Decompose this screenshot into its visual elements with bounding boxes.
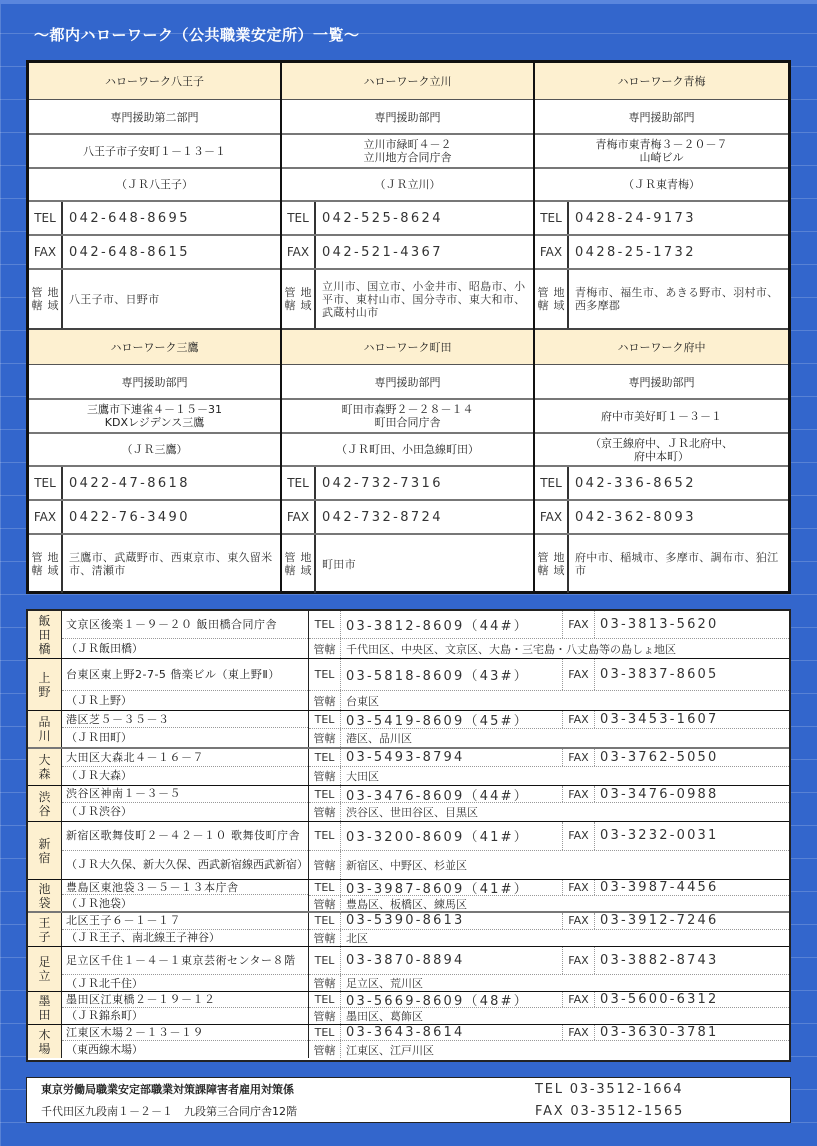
fax-label: FAX <box>563 659 595 690</box>
office-short-name: 木場 <box>28 1025 62 1058</box>
office-area: 渋谷区、世田谷区、目黒区 <box>341 803 789 821</box>
office-address-line: 三鷹市下連雀４－１５－31 <box>87 403 222 416</box>
office-name: ハローワーク町田 <box>282 328 533 365</box>
office-short-name: 王子 <box>28 913 62 946</box>
area-label: 管轄 <box>309 851 341 879</box>
area-label: 管轄 <box>309 729 341 747</box>
office-area: 足立区、荒川区 <box>341 975 789 991</box>
fax-label: FAX <box>29 501 63 533</box>
office-station: （ＪＲ王子、南北線王子神谷） <box>62 930 308 946</box>
office-station: （ＪＲ八王子） <box>29 169 280 202</box>
office-fax: 03-3882-8743 <box>595 947 789 974</box>
office-address-line: 町田市森野２－２８－１４ <box>342 403 474 416</box>
contact-footer: 東京労働局職業安定部職業対策課障害者雇用対策係 TEL 03-3512-1664… <box>26 1077 791 1123</box>
tel-label: TEL <box>535 202 569 234</box>
office-list-row: 池袋 豊島区東池袋３－５－１３本庁舎 （ＪＲ池袋） TEL 03-3987-86… <box>28 880 789 913</box>
fax-label: FAX <box>563 786 595 802</box>
office-address-line: 山崎ビル <box>640 151 684 164</box>
office-dept: 専門援助部門 <box>535 100 788 135</box>
tel-label: TEL <box>309 880 341 895</box>
office-station: （ＪＲ渋谷） <box>62 803 308 821</box>
area-label: 管轄地域 <box>535 270 569 328</box>
office-dept: 専門援助部門 <box>282 365 533 400</box>
tel-label: TEL <box>535 467 569 499</box>
office-fax: 0428-25-1732 <box>569 236 788 268</box>
office-station: （ＪＲ立川） <box>282 169 533 202</box>
office-fax-row: FAX 0428-25-1732 <box>535 236 788 270</box>
tel-label: TEL <box>309 659 341 690</box>
office-fax: 03-5600-6312 <box>595 992 789 1007</box>
office-contact: TEL 03-3987-8609（41#） FAX 03-3987-4456 管… <box>309 880 789 911</box>
office-address-line: 八王子市子安町１－１３－１ <box>83 145 226 158</box>
office-dept: 専門援助部門 <box>29 365 280 400</box>
office-station: （ＪＲ東青梅） <box>535 169 788 202</box>
office-area-row: 管轄地域 立川市、国立市、小金井市、昭島市、小平市、東村山市、国分寺市、東大和市… <box>282 270 533 328</box>
office-station-line: 府中本町） <box>634 450 689 463</box>
office-short-name: 大森 <box>28 749 62 785</box>
office-location: 墨田区江東橋２－１９－１２ （ＪＲ錦糸町） <box>62 992 309 1024</box>
office-tel[interactable]: 0428-24-9173 <box>569 202 788 234</box>
tel-label: TEL <box>309 749 341 766</box>
office-contact: TEL 03-5390-8613 FAX 03-3912-7246 管轄 北区 <box>309 913 789 946</box>
area-label: 管轄地域 <box>29 535 63 593</box>
office-address-line: 立川市緑町４－２ <box>364 138 452 151</box>
office-short-name: 足立 <box>28 947 62 991</box>
office-fax: 03-3762-5050 <box>595 749 789 766</box>
office-tel-row: TEL 0428-24-9173 <box>535 202 788 236</box>
tel-label: TEL <box>309 1025 341 1040</box>
office-tel[interactable]: 0422-47-8618 <box>63 467 280 499</box>
office-dept: 専門援助部門 <box>282 100 533 135</box>
office-address: 立川市緑町４－２立川地方合同庁舎 <box>282 135 533 169</box>
office-location: 渋谷区神南１－３－５ （ＪＲ渋谷） <box>62 786 309 821</box>
office-address-line: 立川地方合同庁舎 <box>364 151 452 164</box>
office-card: ハローワーク府中 専門援助部門 府中市美好町１－３－１ （京王線府中、ＪＲ北府中… <box>535 328 788 593</box>
office-tel[interactable]: 03-3643-8614 <box>341 1025 563 1040</box>
office-area-row: 管轄地域 町田市 <box>282 535 533 593</box>
tel-label: TEL <box>309 822 341 850</box>
office-card: ハローワーク立川 専門援助部門 立川市緑町４－２立川地方合同庁舎 （ＪＲ立川） … <box>282 63 535 328</box>
office-area: 大田区 <box>341 767 789 785</box>
fax-label: FAX <box>563 992 595 1007</box>
office-area: 港区、品川区 <box>341 729 789 747</box>
area-label: 管轄地域 <box>282 270 316 328</box>
fax-label: FAX <box>29 236 63 268</box>
fax-label: FAX <box>563 822 595 850</box>
fax-label: FAX <box>563 611 595 638</box>
fax-label: FAX <box>535 501 569 533</box>
area-label: 管轄 <box>309 691 341 710</box>
office-contact: TEL 03-5493-8794 FAX 03-3762-5050 管轄 大田区 <box>309 749 789 785</box>
area-label: 管轄地域 <box>535 535 569 593</box>
tel-label: TEL <box>29 202 63 234</box>
area-label: 管轄 <box>309 896 341 912</box>
office-station: （ＪＲ大森） <box>62 767 308 785</box>
office-area: 江東区、江戸川区 <box>341 1041 789 1058</box>
office-fax: 0422-76-3490 <box>63 501 280 533</box>
office-tel-row: TEL 042-336-8652 <box>535 467 788 501</box>
office-fax: 03-3453-1607 <box>595 711 789 728</box>
office-area: 豊島区、板橋区、練馬区 <box>341 896 789 912</box>
page-title: ～都内ハローワーク（公共職業安定所）一覧～ <box>34 24 360 45</box>
tel-label: TEL <box>309 947 341 974</box>
office-fax: 03-3987-4456 <box>595 880 789 895</box>
office-short-name: 渋谷 <box>28 786 62 821</box>
office-short-name: 墨田 <box>28 992 62 1024</box>
office-address: 江東区木場２－１３－１９ <box>62 1025 308 1041</box>
office-tel[interactable]: 03-3987-8609（41#） <box>341 880 563 895</box>
footer-org: 東京労働局職業安定部職業対策課障害者雇用対策係 <box>27 1081 535 1097</box>
office-station: （ＪＲ町田、小田急線町田） <box>282 434 533 467</box>
office-tel-row: TEL 0422-47-8618 <box>29 467 280 501</box>
office-address: 青梅市東青梅３－２０－７山崎ビル <box>535 135 788 169</box>
office-tel-row: TEL 042-732-7316 <box>282 467 533 501</box>
office-area: 台東区 <box>341 691 789 710</box>
office-area: 千代田区、中央区、文京区、大島・三宅島・八丈島等の島しょ地区 <box>341 639 789 658</box>
office-list-row: 飯田橋 文京区後楽１－９－２０ 飯田橋合同庁舎 （ＪＲ飯田橋） TEL 03-3… <box>28 611 789 659</box>
office-area-row: 管轄地域 三鷹市、武蔵野市、西東京市、東久留米市、清瀬市 <box>29 535 280 593</box>
office-contact: TEL 03-3476-8609（44#） FAX 03-3476-0988 管… <box>309 786 789 821</box>
office-address-line: KDXレジデンス三鷹 <box>105 416 204 429</box>
fax-label: FAX <box>563 880 595 895</box>
fax-label: FAX <box>563 711 595 728</box>
office-address: 町田市森野２－２８－１４町田合同庁舎 <box>282 400 533 434</box>
office-name: ハローワーク立川 <box>282 63 533 100</box>
office-tel[interactable]: 03-3476-8609（44#） <box>341 786 563 802</box>
office-card: ハローワーク町田 専門援助部門 町田市森野２－２８－１４町田合同庁舎 （ＪＲ町田… <box>282 328 535 593</box>
office-address: 大田区大森北４－１６－７ <box>62 749 308 767</box>
office-tel[interactable]: 042-336-8652 <box>569 467 788 499</box>
page-top-border <box>0 0 817 4</box>
office-address: 新宿区歌舞伎町２－４２－１０ 歌舞伎町庁舎 <box>62 822 308 851</box>
office-name: ハローワーク三鷹 <box>29 328 280 365</box>
office-list-row: 木場 江東区木場２－１３－１９ （東西線木場） TEL 03-3643-8614… <box>28 1025 789 1058</box>
office-area: 八王子市、日野市 <box>63 270 280 328</box>
office-station: （ＪＲ錦糸町） <box>62 1008 308 1024</box>
ward-office-list: 飯田橋 文京区後楽１－９－２０ 飯田橋合同庁舎 （ＪＲ飯田橋） TEL 03-3… <box>26 609 791 1062</box>
office-short-name: 品川 <box>28 711 62 747</box>
office-address: 台東区東上野2-7-5 偕楽ビル（東上野Ⅱ） <box>62 659 308 691</box>
office-address-line: 町田合同庁舎 <box>375 416 441 429</box>
office-station: （ＪＲ大久保、新大久保、西武新宿線西武新宿） <box>62 851 308 879</box>
office-short-name: 池袋 <box>28 880 62 911</box>
area-label: 管轄 <box>309 767 341 785</box>
office-address: 墨田区江東橋２－１９－１２ <box>62 992 308 1008</box>
fax-label: FAX <box>282 236 316 268</box>
office-area: 町田市 <box>316 535 533 593</box>
office-list-row: 上野 台東区東上野2-7-5 偕楽ビル（東上野Ⅱ） （ＪＲ上野） TEL 03-… <box>28 659 789 711</box>
office-station: （ＪＲ飯田橋） <box>62 639 308 658</box>
office-address: 足立区千住１－４－１東京芸術センター８階 <box>62 947 308 975</box>
footer-address: 千代田区九段南１－２－１ 九段第三合同庁舎12階 <box>27 1103 535 1119</box>
office-station: （ＪＲ池袋） <box>62 895 308 911</box>
area-label: 管轄地域 <box>29 270 63 328</box>
office-tel[interactable]: 03-5493-8794 <box>341 749 563 766</box>
office-tel[interactable]: 03-5390-8613 <box>341 913 563 929</box>
footer-tel: TEL 03-3512-1664 <box>535 1082 790 1097</box>
office-station-line: （ＪＲ立川） <box>375 178 441 191</box>
office-area: 府中市、稲城市、多摩市、調布市、狛江市 <box>569 535 788 593</box>
office-tel[interactable]: 03-3200-8609（41#） <box>341 822 563 850</box>
office-dept: 専門援助第二部門 <box>29 100 280 135</box>
office-fax: 042-648-8615 <box>63 236 280 268</box>
fax-label: FAX <box>535 236 569 268</box>
office-station-line: （京王線府中、ＪＲ北府中、 <box>590 437 733 450</box>
office-location: 大田区大森北４－１６－７ （ＪＲ大森） <box>62 749 309 785</box>
tel-label: TEL <box>282 202 316 234</box>
office-area-row: 管轄地域 青梅市、福生市、あきる野市、羽村市、西多摩郡 <box>535 270 788 328</box>
office-contact: TEL 03-5419-8609（45#） FAX 03-3453-1607 管… <box>309 711 789 747</box>
office-short-name: 上野 <box>28 659 62 710</box>
tel-label: TEL <box>309 711 341 728</box>
fax-label: FAX <box>563 749 595 766</box>
office-station-line: （ＪＲ東青梅） <box>623 178 700 191</box>
office-station-line: （ＪＲ八王子） <box>116 178 193 191</box>
office-short-name: 新宿 <box>28 822 62 879</box>
office-fax: 042-732-8724 <box>316 501 533 533</box>
tel-label: TEL <box>309 992 341 1007</box>
office-tel[interactable]: 03-5669-8609（48#） <box>341 992 563 1007</box>
office-tel[interactable]: 03-5818-8609（43#） <box>341 659 563 690</box>
fax-label: FAX <box>563 947 595 974</box>
tel-label: TEL <box>309 611 341 638</box>
tel-label: TEL <box>282 467 316 499</box>
office-area: 新宿区、中野区、杉並区 <box>341 851 789 879</box>
office-contact: TEL 03-5818-8609（43#） FAX 03-3837-8605 管… <box>309 659 789 710</box>
area-label: 管轄 <box>309 975 341 991</box>
office-fax: 03-3630-3781 <box>595 1025 789 1040</box>
office-address: 三鷹市下連雀４－１５－31KDXレジデンス三鷹 <box>29 400 280 434</box>
office-tel[interactable]: 03-3870-8894 <box>341 947 563 974</box>
office-location: 文京区後楽１－９－２０ 飯田橋合同庁舎 （ＪＲ飯田橋） <box>62 611 309 658</box>
office-address: 文京区後楽１－９－２０ 飯田橋合同庁舎 <box>62 611 308 639</box>
office-station: （ＪＲ上野） <box>62 691 308 710</box>
office-area-row: 管轄地域 八王子市、日野市 <box>29 270 280 328</box>
office-location: 台東区東上野2-7-5 偕楽ビル（東上野Ⅱ） （ＪＲ上野） <box>62 659 309 710</box>
office-area-row: 管轄地域 府中市、稲城市、多摩市、調布市、狛江市 <box>535 535 788 593</box>
tel-label: TEL <box>309 913 341 929</box>
office-area: 北区 <box>341 930 789 946</box>
office-fax: 042-521-4367 <box>316 236 533 268</box>
office-name: ハローワーク府中 <box>535 328 788 365</box>
office-tel[interactable]: 042-648-8695 <box>63 202 280 234</box>
office-address-line: 府中市美好町１－３－１ <box>601 410 722 423</box>
area-label: 管轄 <box>309 639 341 658</box>
area-label: 管轄 <box>309 1041 341 1058</box>
office-fax-row: FAX 042-362-8093 <box>535 501 788 535</box>
office-tel-row: TEL 042-525-8624 <box>282 202 533 236</box>
office-location: 北区王子６－１－１７ （ＪＲ王子、南北線王子神谷） <box>62 913 309 946</box>
office-station: （東西線木場） <box>62 1041 308 1058</box>
footer-fax: FAX 03-3512-1565 <box>535 1104 790 1119</box>
office-card: ハローワーク青梅 専門援助部門 青梅市東青梅３－２０－７山崎ビル （ＪＲ東青梅）… <box>535 63 788 328</box>
office-area: 立川市、国立市、小金井市、昭島市、小平市、東村山市、国分寺市、東大和市、武蔵村山… <box>316 270 533 328</box>
office-station: （京王線府中、ＪＲ北府中、府中本町） <box>535 434 788 467</box>
office-station-line: （ＪＲ町田、小田急線町田） <box>336 443 479 456</box>
office-tel-row: TEL 042-648-8695 <box>29 202 280 236</box>
office-fax-row: FAX 042-648-8615 <box>29 236 280 270</box>
area-label: 管轄 <box>309 803 341 821</box>
office-contact: TEL 03-3812-8609（44#） FAX 03-3813-5620 管… <box>309 611 789 658</box>
office-fax-row: FAX 042-732-8724 <box>282 501 533 535</box>
office-name: ハローワーク青梅 <box>535 63 788 100</box>
office-fax: 042-362-8093 <box>569 501 788 533</box>
office-contact: TEL 03-5669-8609（48#） FAX 03-5600-6312 管… <box>309 992 789 1024</box>
office-station: （ＪＲ田町） <box>62 728 308 747</box>
office-contact: TEL 03-3200-8609（41#） FAX 03-3232-0031 管… <box>309 822 789 879</box>
tel-label: TEL <box>29 467 63 499</box>
office-area: 青梅市、福生市、あきる野市、羽村市、西多摩郡 <box>569 270 788 328</box>
office-fax: 03-3837-8605 <box>595 659 789 690</box>
office-address: 渋谷区神南１－３－５ <box>62 786 308 803</box>
office-address: 港区芝５－３５－３ <box>62 711 308 728</box>
office-location: 江東区木場２－１３－１９ （東西線木場） <box>62 1025 309 1058</box>
office-list-row: 品川 港区芝５－３５－３ （ＪＲ田町） TEL 03-5419-8609（45#… <box>28 711 789 749</box>
office-list-row: 足立 足立区千住１－４－１東京芸術センター８階 （ＪＲ北千住） TEL 03-3… <box>28 947 789 992</box>
area-label: 管轄地域 <box>282 535 316 593</box>
office-area: 三鷹市、武蔵野市、西東京市、東久留米市、清瀬市 <box>63 535 280 593</box>
office-address-line: 青梅市東青梅３－２０－７ <box>596 138 728 151</box>
office-list-row: 墨田 墨田区江東橋２－１９－１２ （ＪＲ錦糸町） TEL 03-5669-860… <box>28 992 789 1025</box>
office-fax-row: FAX 0422-76-3490 <box>29 501 280 535</box>
office-fax: 03-3912-7246 <box>595 913 789 929</box>
office-short-name: 飯田橋 <box>28 611 62 658</box>
office-location: 足立区千住１－４－１東京芸術センター８階 （ＪＲ北千住） <box>62 947 309 991</box>
office-tel[interactable]: 042-732-7316 <box>316 467 533 499</box>
office-fax: 03-3232-0031 <box>595 822 789 850</box>
office-address: 豊島区東池袋３－５－１３本庁舎 <box>62 880 308 895</box>
office-card: ハローワーク三鷹 専門援助部門 三鷹市下連雀４－１５－31KDXレジデンス三鷹 … <box>29 328 282 593</box>
fax-label: FAX <box>282 501 316 533</box>
office-list-row: 大森 大田区大森北４－１６－７ （ＪＲ大森） TEL 03-5493-8794 … <box>28 749 789 786</box>
office-tel[interactable]: 03-5419-8609（45#） <box>341 711 563 728</box>
tel-label: TEL <box>309 786 341 802</box>
office-list-row: 渋谷 渋谷区神南１－３－５ （ＪＲ渋谷） TEL 03-3476-8609（44… <box>28 786 789 822</box>
area-label: 管轄 <box>309 930 341 946</box>
office-location: 豊島区東池袋３－５－１３本庁舎 （ＪＲ池袋） <box>62 880 309 911</box>
office-fax-row: FAX 042-521-4367 <box>282 236 533 270</box>
office-tel[interactable]: 03-3812-8609（44#） <box>341 611 563 638</box>
office-contact: TEL 03-3870-8894 FAX 03-3882-8743 管轄 足立区… <box>309 947 789 991</box>
office-address: 八王子市子安町１－１３－１ <box>29 135 280 169</box>
office-card: ハローワーク八王子 専門援助第二部門 八王子市子安町１－１３－１ （ＪＲ八王子）… <box>29 63 282 328</box>
office-list-row: 新宿 新宿区歌舞伎町２－４２－１０ 歌舞伎町庁舎 （ＪＲ大久保、新大久保、西武新… <box>28 822 789 880</box>
fax-label: FAX <box>563 913 595 929</box>
office-fax: 03-3813-5620 <box>595 611 789 638</box>
office-location: 新宿区歌舞伎町２－４２－１０ 歌舞伎町庁舎 （ＪＲ大久保、新大久保、西武新宿線西… <box>62 822 309 879</box>
area-label: 管轄 <box>309 1008 341 1024</box>
office-dept: 専門援助部門 <box>535 365 788 400</box>
office-station: （ＪＲ三鷹） <box>29 434 280 467</box>
office-area: 墨田区、葛飾区 <box>341 1008 789 1024</box>
office-location: 港区芝５－３５－３ （ＪＲ田町） <box>62 711 309 747</box>
office-fax: 03-3476-0988 <box>595 786 789 802</box>
office-station: （ＪＲ北千住） <box>62 975 308 991</box>
office-station-line: （ＪＲ三鷹） <box>122 443 188 456</box>
office-address: 府中市美好町１－３－１ <box>535 400 788 434</box>
office-address: 北区王子６－１－１７ <box>62 913 308 930</box>
office-list-row: 王子 北区王子６－１－１７ （ＪＲ王子、南北線王子神谷） TEL 03-5390… <box>28 913 789 947</box>
fax-label: FAX <box>563 1025 595 1040</box>
office-contact: TEL 03-3643-8614 FAX 03-3630-3781 管轄 江東区… <box>309 1025 789 1058</box>
tama-office-grid: ハローワーク八王子 専門援助第二部門 八王子市子安町１－１３－１ （ＪＲ八王子）… <box>26 60 791 594</box>
office-name: ハローワーク八王子 <box>29 63 280 100</box>
office-tel[interactable]: 042-525-8624 <box>316 202 533 234</box>
